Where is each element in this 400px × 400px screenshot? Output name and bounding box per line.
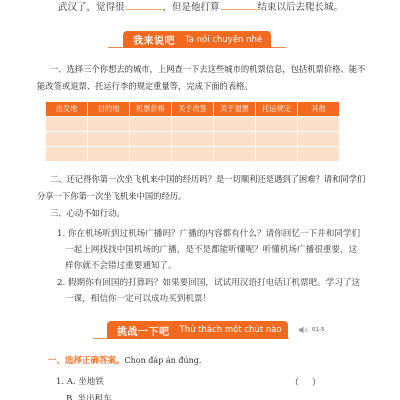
table-cell[interactable] [256, 132, 297, 146]
carry-over-text-2: ，但是他打算 [163, 2, 220, 13]
table-cell[interactable] [214, 147, 255, 161]
table-cell[interactable] [214, 117, 255, 131]
banner-label: 我来说吧 Ta nói chuyện nhé [123, 31, 271, 48]
table-cell[interactable] [214, 132, 255, 146]
column-header: 关于改签 [172, 102, 213, 116]
task-3-title: 三、心动不如行动。 [50, 205, 125, 222]
table-cell[interactable] [46, 147, 87, 161]
column-header: 机票价格 [130, 102, 171, 116]
table-cell[interactable] [130, 147, 171, 161]
column-header: 出发地 [46, 102, 87, 116]
exercise-1-title: 一、选择正确答案。Chọn đáp án đúng. [48, 354, 201, 366]
table-row [46, 117, 339, 131]
table-cell[interactable] [298, 132, 339, 146]
answer-blank-1[interactable]: （ ） [290, 375, 321, 388]
table-cell[interactable] [172, 147, 213, 161]
flight-info-table: 出发地 目的地 机票价格 关于改签 关于退票 托运规定 其他 [45, 101, 340, 162]
banner-title-zh: 我来说吧 [133, 32, 175, 47]
banner-title-vi: Ta nói chuyện nhé [185, 35, 262, 45]
table-cell[interactable] [298, 117, 339, 131]
table-cell[interactable] [298, 147, 339, 161]
table-cell[interactable] [130, 132, 171, 146]
table-header-row: 出发地 目的地 机票价格 关于改签 关于退票 托运规定 其他 [46, 102, 339, 116]
column-header: 其他 [298, 102, 339, 116]
task-3-item-2: 2. 假期你有回国的打算吗？如果要回国，试试用汉语打电话订机票吧。学习了这一课，… [57, 275, 365, 307]
table-cell[interactable] [172, 132, 213, 146]
audio-track-number: 01-5 [312, 327, 324, 333]
banner-title-zh: 挑战一下吧 [117, 323, 170, 338]
section-banner-speak: 我来说吧 Ta nói chuyện nhé [0, 30, 400, 52]
exercise-title-vi: Chọn đáp án đúng. [125, 356, 202, 365]
table-row [46, 147, 339, 161]
speaker-icon [299, 326, 309, 334]
table-cell[interactable] [256, 117, 297, 131]
question-1-option-a: 1. A. 坐地铁 [56, 375, 104, 387]
table-cell[interactable] [256, 147, 297, 161]
banner-label: 挑战一下吧 Thử thách một chút nào [107, 321, 288, 339]
table-cell[interactable] [46, 117, 87, 131]
carry-over-line: 武汉了，觉得很，但是他打算结束以后去爬长城。 [58, 0, 343, 15]
question-1-option-b: B. 坐出租车 [66, 392, 112, 400]
table-cell[interactable] [46, 132, 87, 146]
column-header: 目的地 [88, 102, 129, 116]
column-header: 托运规定 [256, 102, 297, 116]
carry-over-text-3: 结束以后去爬长城。 [258, 2, 344, 13]
table-cell[interactable] [130, 117, 171, 131]
fill-blank-2[interactable] [221, 0, 257, 10]
table-row [46, 132, 339, 146]
task-2-text: 二、还记得你第一次坐飞机来中国的经历吗？是一切顺利还是遇到了困难？请和同学们分享… [37, 171, 369, 205]
table-cell[interactable] [88, 117, 129, 131]
table-cell[interactable] [88, 147, 129, 161]
task-1-text: 一、选择三个你想去的城市，上网查一下去这些城市的机票信息，包括机票价格、能不能改… [37, 61, 369, 95]
exercise-title-zh: 一、选择正确答案。 [48, 356, 125, 366]
task-3-item-1: 1. 你在机场听到过机场广播吗？广播的内容都有什么？请你回忆一下并和同学们一起上… [57, 226, 365, 274]
table-cell[interactable] [88, 132, 129, 146]
banner-title-vi: Thử thách một chút nào [180, 325, 282, 335]
table-cell[interactable] [172, 117, 213, 131]
column-header: 关于退票 [214, 102, 255, 116]
section-banner-challenge: 挑战一下吧 Thử thách một chút nào [0, 321, 400, 343]
carry-over-text-1: 武汉了，觉得很 [58, 2, 125, 13]
audio-track-button[interactable]: 01-5 [299, 326, 324, 334]
fill-blank-1[interactable] [126, 0, 162, 10]
